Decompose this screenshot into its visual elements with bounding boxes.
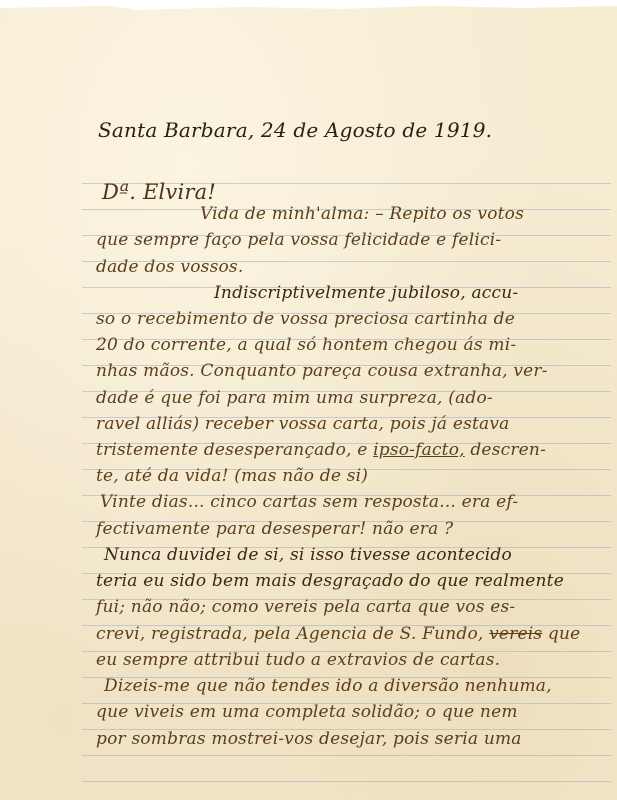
letter-line: eu sempre attribui tudo a extravios de c… bbox=[96, 650, 500, 670]
struck-word: vereis bbox=[489, 624, 542, 644]
handwritten-letter: Santa Barbara, 24 de Agosto de 1919. Dª.… bbox=[0, 0, 617, 800]
letter-line: fui; não não; como vereis pela carta que… bbox=[96, 597, 515, 617]
letter-line: ravel alliás) receber vossa carta, pois … bbox=[96, 414, 510, 434]
letter-line: Indiscriptivelmente jubiloso, accu- bbox=[214, 283, 518, 303]
letter-line: por sombras mostrei-vos desejar, pois se… bbox=[96, 729, 522, 749]
letter-line: 20 do corrente, a qual só hontem chegou … bbox=[96, 335, 516, 355]
letter-line: que viveis em uma completa solidão; o qu… bbox=[96, 702, 518, 722]
letter-line: dade é que foi para mim uma surpreza, (a… bbox=[96, 388, 493, 408]
letter-line: Nunca duvidei de si, si isso tivesse aco… bbox=[104, 545, 512, 565]
letter-line: Dizeis-me que não tendes ido a diversão … bbox=[104, 676, 552, 696]
letter-line: te, até da vida! (mas não de si) bbox=[96, 466, 368, 486]
text-segment: crevi, registrada, pela Agencia de S. Fu… bbox=[96, 624, 489, 644]
salutation: Dª. Elvira! bbox=[102, 180, 216, 204]
letter-line: so o recebimento de vossa preciosa carti… bbox=[96, 309, 515, 329]
letter-line: Vinte dias... cinco cartas sem resposta.… bbox=[100, 492, 518, 512]
letter-line: que sempre faço pela vossa felicidade e … bbox=[96, 230, 501, 250]
letter-line: dade dos vossos. bbox=[96, 257, 243, 277]
letter-line: tristemente desesperançado, e ipso-facto… bbox=[96, 440, 546, 460]
text-segment: tristemente desesperançado, e bbox=[96, 440, 373, 460]
letter-line: nhas mãos. Conquanto pareça cousa extran… bbox=[96, 361, 548, 381]
letter-line: Vida de minh'alma: – Repito os votos bbox=[200, 204, 524, 224]
text-segment: descren- bbox=[465, 440, 546, 460]
place-and-date: Santa Barbara, 24 de Agosto de 1919. bbox=[98, 118, 492, 142]
text-segment: que bbox=[542, 624, 580, 644]
letter-line: teria eu sido bem mais desgraçado do que… bbox=[96, 571, 564, 591]
letter-line: fectivamente para desesperar! não era ? bbox=[96, 519, 453, 539]
letter-line: crevi, registrada, pela Agencia de S. Fu… bbox=[96, 624, 580, 644]
underlined-phrase: ipso-facto, bbox=[373, 440, 465, 460]
